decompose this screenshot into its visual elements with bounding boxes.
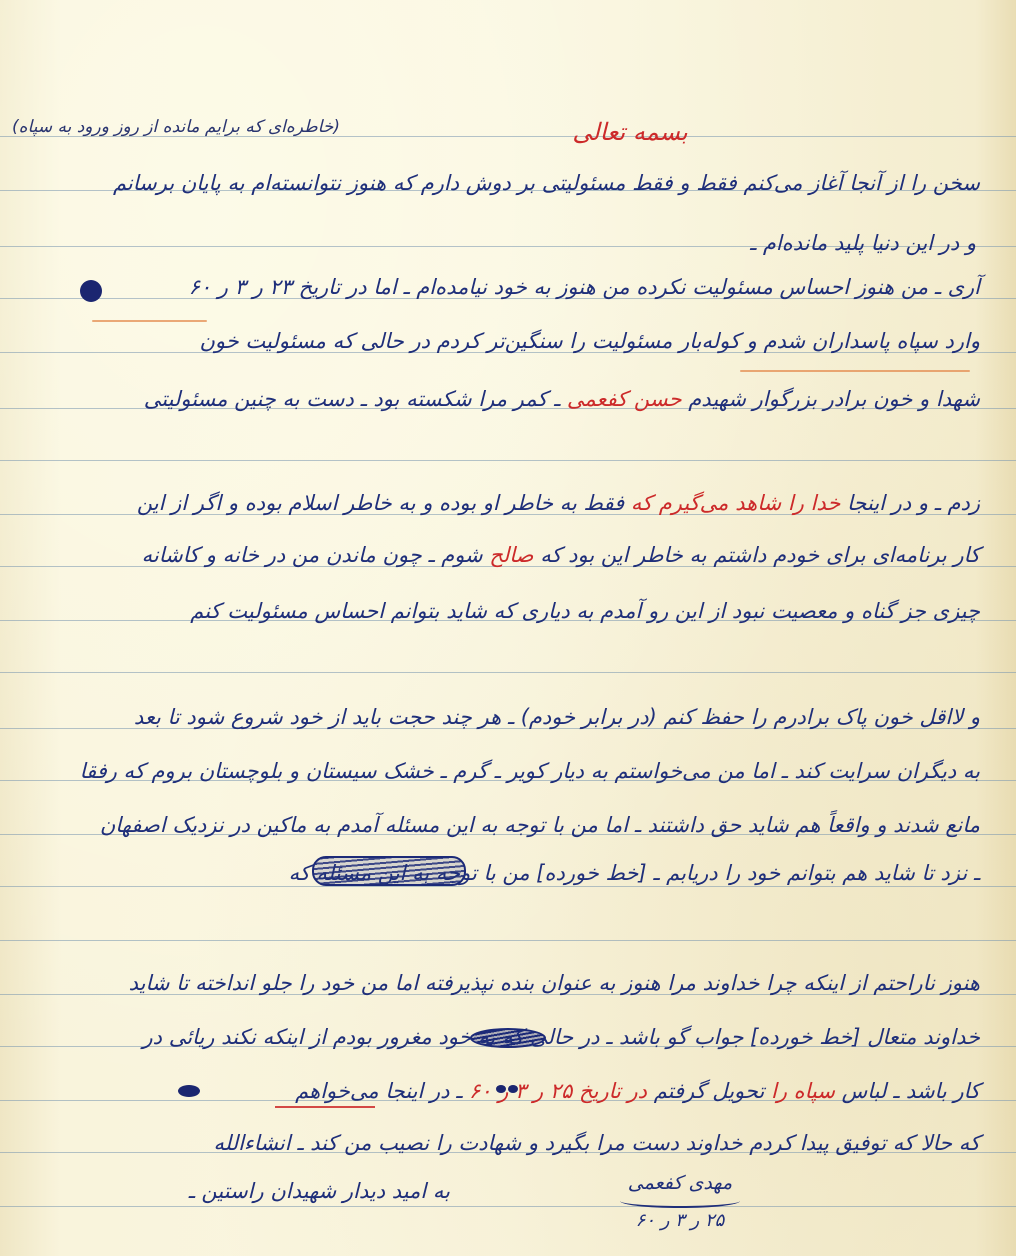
closing-line: به امید دیدار شهیدان راستین ـ bbox=[110, 1176, 450, 1206]
text-line: شوم ـ چون ماندن من در خانه و کاشانه bbox=[142, 543, 490, 567]
orange-underline bbox=[92, 320, 207, 322]
header-note: (خاطره‌ای که برایم مانده از روز ورود به … bbox=[40, 112, 340, 142]
red-phrase-highlight: خدا را شاهد می‌گیرم که bbox=[631, 491, 841, 515]
text-line: آری ـ من هنوز احساس مسئولیت نکرده من هنو… bbox=[100, 272, 980, 302]
text-line: وارد سپاه پاسداران شدم و کوله‌بار مسئولی… bbox=[90, 326, 980, 356]
red-phrase-highlight: سپاه را bbox=[771, 1079, 835, 1103]
text-line: فقط به خاطر او بوده و به خاطر اسلام بوده… bbox=[137, 491, 631, 515]
notebook-page: (خاطره‌ای که برایم مانده از روز ورود به … bbox=[0, 0, 1016, 1256]
text-line: کار باشد ـ لباس bbox=[835, 1079, 980, 1103]
text-line: شهدا و خون برادر بزرگوار شهیدم bbox=[682, 387, 980, 411]
text-line: خداوند متعال [خط خورده] جواب گو باشد ـ د… bbox=[60, 1022, 980, 1052]
text-line: ـ کمر مرا شکسته بود ـ دست به چنین مسئولی… bbox=[144, 387, 567, 411]
text-line: زدم ـ و در اینجا bbox=[840, 491, 980, 515]
text-line: کار برنامه‌ای برای خودم داشتم به خاطر ای… bbox=[534, 543, 980, 567]
ruled-line bbox=[0, 1206, 1016, 1207]
text-line: ـ نزد تا شاید هم بتوانم خود را دریابم ـ … bbox=[60, 858, 980, 888]
red-word-highlight: صالح bbox=[489, 543, 533, 567]
text-line: به دیگران سرایت کند ـ اما من می‌خواستم ب… bbox=[60, 756, 980, 786]
ink-blot bbox=[80, 280, 102, 302]
orange-underline bbox=[740, 370, 970, 372]
heading-bismillah: بسمه تعالی bbox=[540, 117, 720, 147]
text-line: سخن را از آنجا آغاز می‌کنم فقط و فقط مسئ… bbox=[30, 168, 980, 198]
signature-flourish bbox=[620, 1194, 740, 1208]
text-line: هنوز ناراحتم از اینکه چرا خداوند مرا هنو… bbox=[60, 968, 980, 998]
text-line: ـ در اینجا می‌خواهم bbox=[295, 1079, 469, 1103]
ruled-line bbox=[0, 940, 1016, 941]
red-underline bbox=[275, 1106, 375, 1108]
text-line: و لااقل خون پاک برادرم را حفظ کنم (در بر… bbox=[60, 702, 980, 732]
text-line: و در این دنیا پلید مانده‌ام ـ bbox=[500, 228, 976, 258]
text-line: چیزی جز گناه و معصیت نبود از این رو آمدم… bbox=[80, 596, 980, 626]
red-date-highlight: در تاریخ ۲۵ ر ۳ ر ۶۰ bbox=[469, 1079, 647, 1103]
text-line: مانع شدند و واقعاً هم شاید حق داشتند ـ ا… bbox=[60, 810, 980, 840]
ruled-line bbox=[0, 460, 1016, 461]
text-line: تحویل گرفتم bbox=[647, 1079, 771, 1103]
signature-date: ۲۵ ر ۳ ر ۶۰ bbox=[620, 1210, 740, 1231]
red-name-highlight: حسن کفعمی bbox=[567, 387, 682, 411]
text-line: که حالا که توفیق پیدا کردم خداوند دست مر… bbox=[60, 1128, 980, 1158]
signature: مهدی کفعمی ۲۵ ر ۳ ر ۶۰ bbox=[620, 1172, 740, 1231]
ruled-line bbox=[0, 672, 1016, 673]
signature-name: مهدی کفعمی bbox=[620, 1172, 740, 1194]
